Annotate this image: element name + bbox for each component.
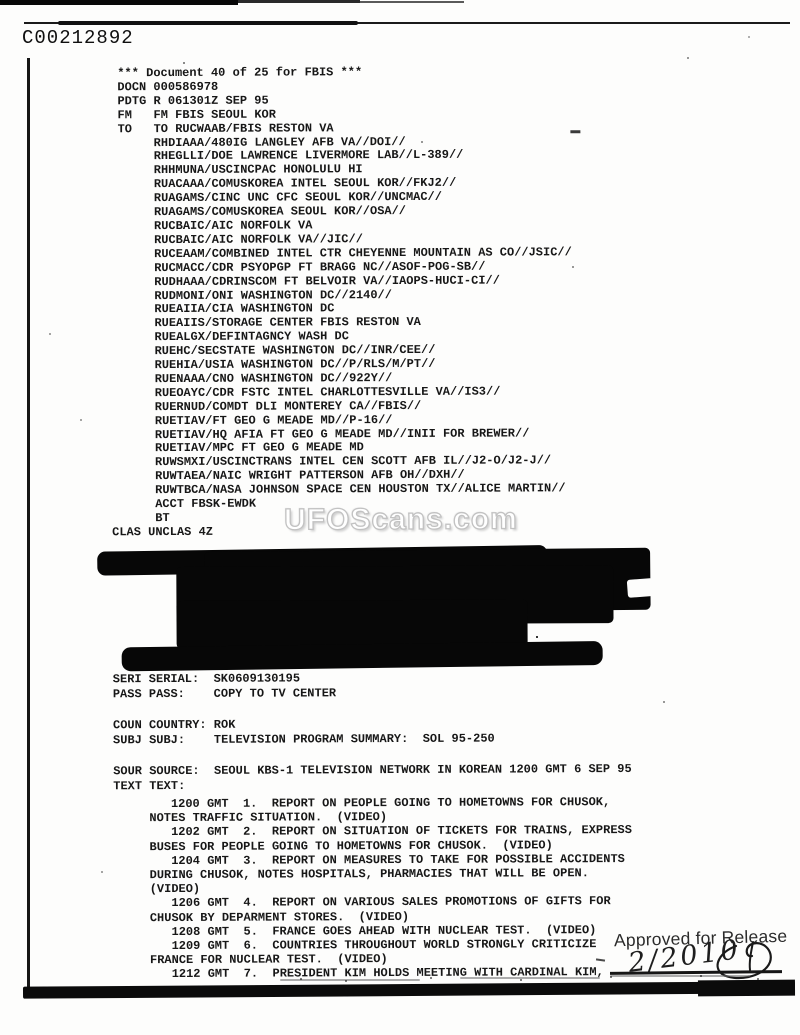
redaction-stroke [122,641,603,671]
scanned-document-page: C00212892 *** Document 40 of 25 for FBIS… [0,0,800,1035]
redaction-gap [627,578,654,598]
watermark-text: UFOScans.com [284,502,518,537]
telegram-routing-header: *** Document 40 of 25 for FBIS *** DOCN … [110,65,573,540]
signature-scribble [706,932,786,984]
page-bottom-bar [698,980,795,997]
document-content: *** Document 40 of 25 for FBIS *** DOCN … [0,0,800,1035]
redaction-block [0,0,798,2]
telegram-meta-fields: SERI SERIAL: SK0609130195 PASS PASS: COP… [113,670,632,795]
telegram-body-text: 1200 GMT 1. REPORT ON PEOPLE GOING TO HO… [113,795,632,982]
scan-noise-speckles [183,62,185,64]
redaction-stroke [176,599,527,649]
scan-noise [280,979,420,981]
margin-dash-mark [570,130,580,133]
